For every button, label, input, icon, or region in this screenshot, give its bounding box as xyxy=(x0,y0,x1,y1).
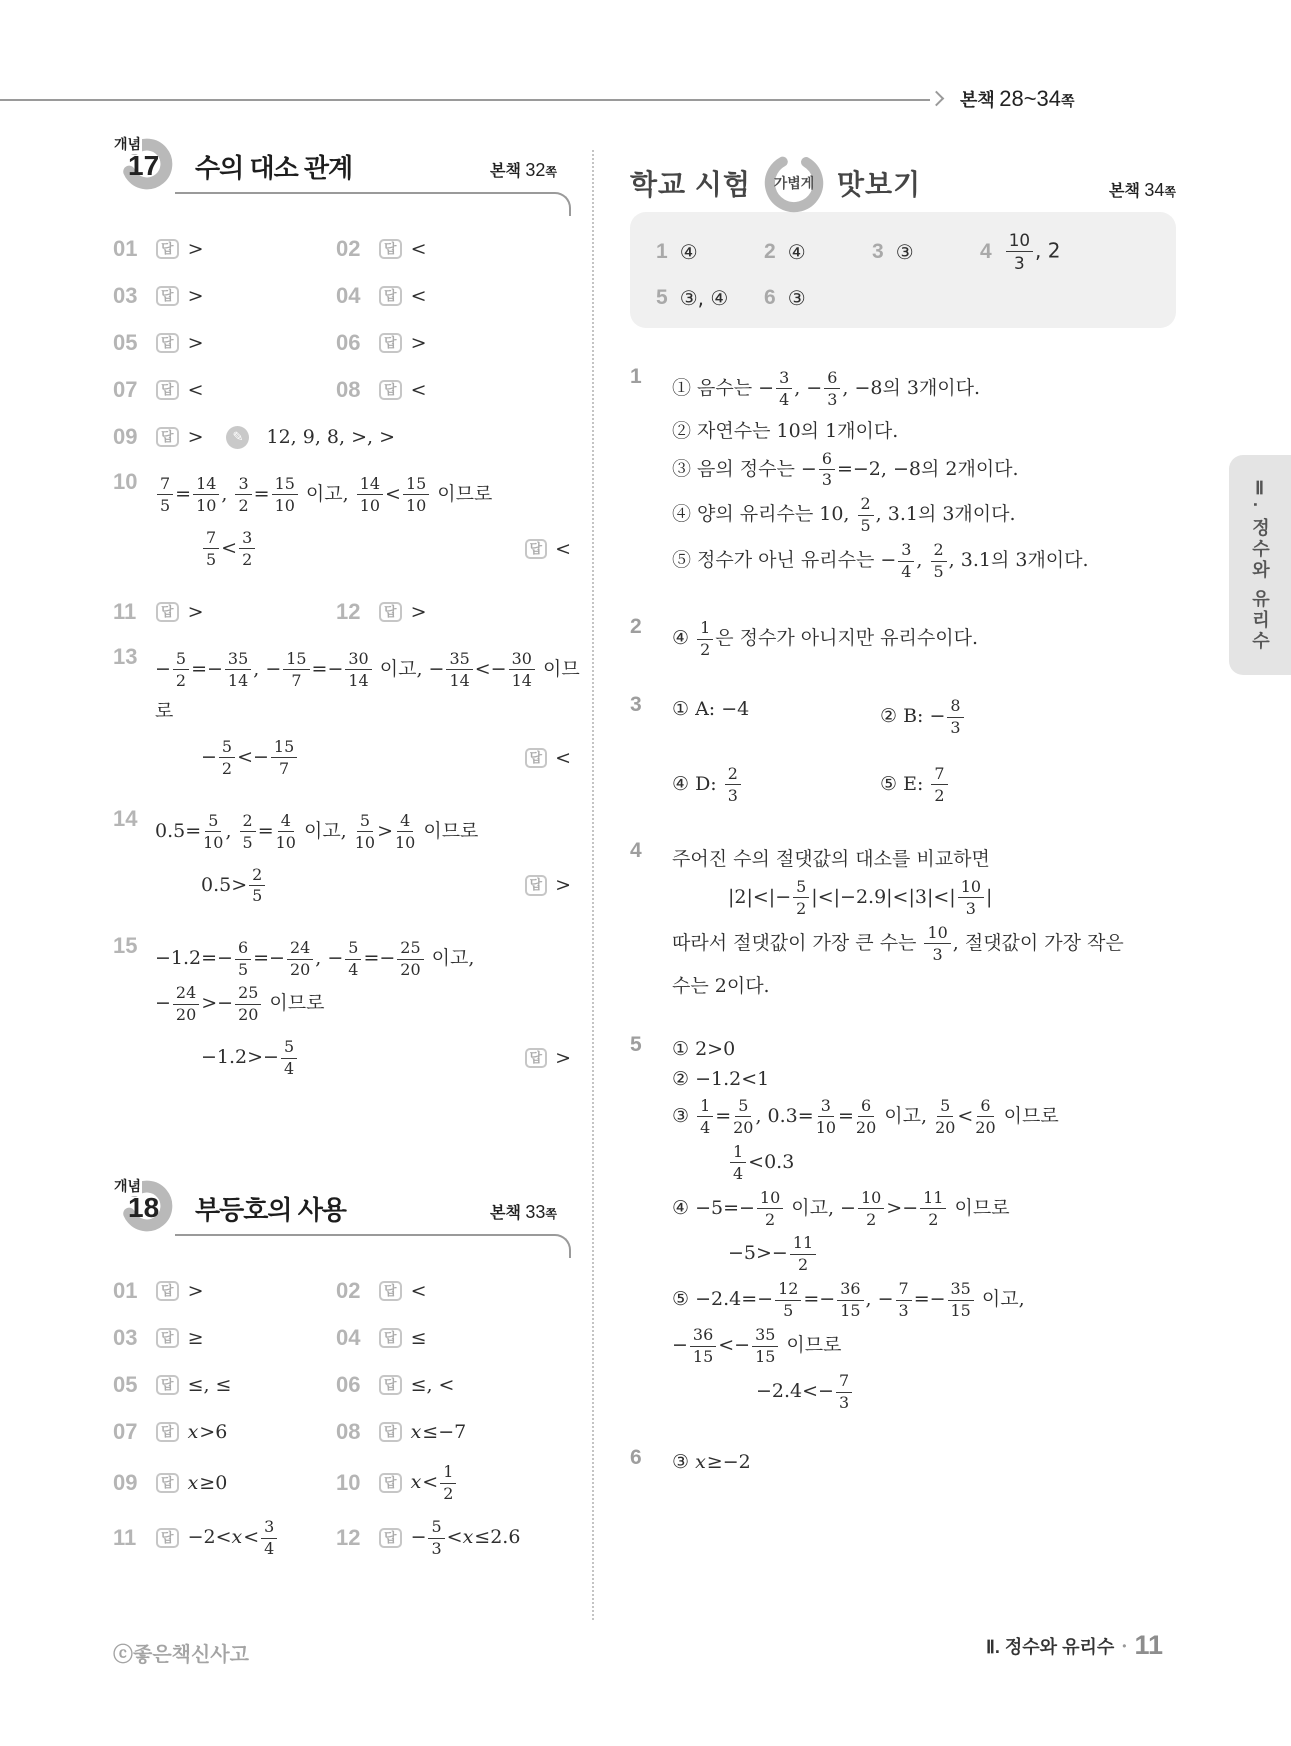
answer-badge: 답 xyxy=(379,602,402,622)
solution-q2: 2 ④ 12은 정수가 아니지만 유리수이다. xyxy=(630,612,1088,666)
ref-number: 32 xyxy=(525,160,545,180)
exam-title-part2: 맛보기 xyxy=(837,163,921,203)
solution-line: |2|<|−52|<|−2.9|<|3|<|103| xyxy=(672,879,1088,917)
summary-answer: ③ xyxy=(896,240,914,264)
solution-line: ② −1.2<1 xyxy=(672,1068,1088,1090)
item-number: 08 xyxy=(336,1419,370,1445)
answer-value: > xyxy=(188,238,204,260)
solution-line: −1.2=−65=−2420, −54=−2520 이고, xyxy=(155,940,571,978)
answer-value: < xyxy=(188,379,204,401)
ref-number: 34 xyxy=(1144,180,1164,200)
footer-chapter: Ⅱ. 정수와 유리수 xyxy=(986,1633,1114,1659)
answer-value: < xyxy=(411,285,427,307)
answer-value: > xyxy=(188,426,204,448)
item-number: 10 xyxy=(113,469,147,577)
item-number: 09 xyxy=(113,1470,147,1496)
ref-unit: 쪽 xyxy=(1061,93,1075,109)
solution-cell: ① A: −4 xyxy=(672,698,880,736)
solution-line: 로 xyxy=(155,696,571,723)
solution-line: ④ 12은 정수가 아니지만 유리수이다. xyxy=(672,620,1088,658)
answer-value: < xyxy=(411,379,427,401)
item-number: 04 xyxy=(336,283,370,309)
answer-badge: 답 xyxy=(156,239,179,259)
item-number: 13 xyxy=(113,644,147,786)
answer-badge: 답 xyxy=(156,1422,179,1442)
answer-badge: 답 xyxy=(156,286,179,306)
answer-badge: 답 xyxy=(525,1048,548,1068)
summary-number: 4 xyxy=(980,240,992,264)
page-number: 11 xyxy=(1134,1630,1163,1661)
section-18-answers: 01답> 02답< 03답≥ 04답≤ 05답≤, ≤ 06답≤, < 07답x… xyxy=(113,1276,571,1557)
chapter-tab-label: Ⅱ. 정수와 유리수 xyxy=(1247,478,1273,652)
answer-badge: 답 xyxy=(156,427,179,447)
solution-line: 주어진 수의 절댓값의 대소를 비교하면 xyxy=(672,844,1088,871)
exam-title-part1: 학교 시험 xyxy=(630,163,751,203)
item-number: 10 xyxy=(336,1470,370,1496)
footer-bullet: • xyxy=(1122,1639,1126,1653)
solution-line: ④ −5=−102 이고, −102>−112 이므로 xyxy=(672,1190,1088,1228)
solution-line: ④ 양의 유리수는 10, 25, 3.1의 3개이다. xyxy=(672,496,1088,534)
concept-badge: 개념 18 xyxy=(113,1174,181,1242)
answer-value: > xyxy=(411,601,427,623)
badge-number: 17 xyxy=(128,150,159,182)
answer-row: 01답> 02답< xyxy=(113,1276,571,1306)
answer-badge: 답 xyxy=(379,1328,402,1348)
answer-value: x<12 xyxy=(411,1464,459,1502)
solution-line: ③ x≥−2 xyxy=(672,1451,1088,1473)
ref-unit: 쪽 xyxy=(1164,185,1176,199)
solution-line: ① 2>0 xyxy=(672,1038,1088,1060)
solution-cell: ⑤ E: 72 xyxy=(880,766,1088,804)
result-row: −1.2>−54 답 > xyxy=(155,1032,571,1084)
item-number: 12 xyxy=(336,1525,370,1551)
solution-line: ① 음수는 −34, −63, −8의 3개이다. xyxy=(672,370,1088,408)
solution-line: −5>−112 xyxy=(672,1235,1088,1273)
item-number: 08 xyxy=(336,377,370,403)
question-number: 2 xyxy=(630,612,658,666)
question-number: 5 xyxy=(630,1030,658,1419)
ref-unit: 쪽 xyxy=(545,165,557,179)
solution-line: 따라서 절댓값이 가장 큰 수는 103, 절댓값이 가장 작은 xyxy=(672,925,1088,963)
exam-page-ref: 본책 34쪽 xyxy=(1109,178,1176,201)
swirl-label: 가볍게 xyxy=(774,173,815,193)
answer-value: x≥0 xyxy=(188,1472,228,1494)
item-number: 15 xyxy=(113,933,147,1086)
answer-row: 09답x≥0 10답x<12 xyxy=(113,1464,571,1502)
answer-value: > xyxy=(188,1280,204,1302)
result-row: −52<−157 답 < xyxy=(155,732,571,784)
swirl-badge: 가볍게 xyxy=(761,150,827,216)
ref-label: 본책 xyxy=(1109,183,1140,200)
ref-label: 본책 xyxy=(960,90,995,110)
section-page-ref: 본책 32쪽 xyxy=(490,158,557,181)
answer-row: 05답> 06답> xyxy=(113,328,571,358)
worked-solution-15: 15 −1.2=−65=−2420, −54=−2520 이고, −2420>−… xyxy=(113,933,571,1086)
publisher-copyright: ⓒ좋은책신사고 xyxy=(113,1638,249,1667)
item-number: 01 xyxy=(113,1278,147,1304)
answer-badge: 답 xyxy=(379,1375,402,1395)
answer-badge: 답 xyxy=(379,1528,402,1548)
answer-badge: 답 xyxy=(379,1422,402,1442)
item-number: 03 xyxy=(113,283,147,309)
answer-value: −2<x<34 xyxy=(188,1519,280,1557)
section-title: 부등호의 사용 xyxy=(195,1190,346,1227)
solution-line: ⑤ −2.4=−125=−3615, −73=−3515 이고, xyxy=(672,1281,1088,1319)
summary-number: 6 xyxy=(764,286,776,310)
item-number: 05 xyxy=(113,330,147,356)
solution-q5: 5 ① 2>0 ② −1.2<1 ③ 14=520, 0.3=310=620 이… xyxy=(630,1030,1088,1419)
answer-value: −53<x≤2.6 xyxy=(411,1519,521,1557)
summary-answer: ③, ④ xyxy=(680,286,729,310)
item-number: 03 xyxy=(113,1325,147,1351)
answer-value: > xyxy=(188,285,204,307)
section-title: 수의 대소 관계 xyxy=(195,148,352,185)
solution-line: ③ 14=520, 0.3=310=620 이고, 520<620 이므로 xyxy=(672,1098,1088,1136)
answer-value: < xyxy=(411,238,427,260)
answer-value: > xyxy=(555,1047,571,1069)
answer-value: < xyxy=(555,747,571,769)
worked-solution-10: 10 75=1410, 32=1510 이고, 1410<1510 이므로 75… xyxy=(113,469,571,577)
result-row: 75<32 답 < xyxy=(155,523,571,575)
answer-badge: 답 xyxy=(379,1473,402,1493)
answer-value: > xyxy=(188,332,204,354)
solution-cell: ② B: −83 xyxy=(880,698,1088,736)
solution-line: ② 자연수는 10의 1개이다. xyxy=(672,416,1088,443)
section-underline xyxy=(175,1234,571,1258)
exam-header: 학교 시험 가볍게 맛보기 본책 34쪽 xyxy=(630,140,1088,212)
ref-label: 본책 xyxy=(490,163,521,180)
answer-badge: 답 xyxy=(379,380,402,400)
solution-line: −52=−3514, −157=−3014 이고, −3514<−3014 이므 xyxy=(155,651,571,689)
answer-badge: 답 xyxy=(379,239,402,259)
chapter-side-tab: Ⅱ. 정수와 유리수 xyxy=(1229,455,1291,675)
worked-solution-14: 14 0.5=510, 25=410 이고, 510>410 이므로 0.5>2… xyxy=(113,806,571,914)
answer-row: 03답≥ 04답≤ xyxy=(113,1323,571,1353)
answer-summary-box: 1④ 2④ 3③ 4103, 2 5③, ④ 6③ xyxy=(630,212,1176,328)
item-number: 04 xyxy=(336,1325,370,1351)
ref-label: 본책 xyxy=(490,1205,521,1222)
pencil-icon: ✎ xyxy=(226,426,249,449)
section-page-ref: 본책 33쪽 xyxy=(490,1200,557,1223)
solution-line: 14<0.3 xyxy=(672,1144,1088,1182)
worked-solution-13: 13 −52=−3514, −157=−3014 이고, −3514<−3014… xyxy=(113,644,571,786)
page-range-ref: 본책 28~34쪽 xyxy=(960,86,1075,112)
solution-note: 12, 9, 8, >, > xyxy=(266,426,395,448)
item-number: 06 xyxy=(336,1372,370,1398)
answer-badge: 답 xyxy=(156,602,179,622)
answer-row: 03답> 04답< xyxy=(113,281,571,311)
ref-unit: 쪽 xyxy=(545,1207,557,1221)
answer-value: ≤, ≤ xyxy=(188,1374,232,1396)
result-expression: −52<−157 xyxy=(155,739,299,777)
summary-answer: ④ xyxy=(788,240,806,264)
answer-badge: 답 xyxy=(525,875,548,895)
summary-answer: ④ xyxy=(680,240,698,264)
answer-row: 07답x>6 08답x≤−7 xyxy=(113,1417,571,1447)
badge-number: 18 xyxy=(128,1192,159,1224)
answer-value: ≤ xyxy=(411,1327,427,1349)
page-footer: Ⅱ. 정수와 유리수 • 11 xyxy=(986,1630,1163,1661)
solution-line: −2.4<−73 xyxy=(672,1373,1088,1411)
exam-title: 학교 시험 가볍게 맛보기 xyxy=(630,150,921,216)
question-number: 3 xyxy=(630,690,658,812)
section-17-header: 개념 17 수의 대소 관계 본책 32쪽 xyxy=(113,132,571,216)
result-row: 0.5>25 답 > xyxy=(155,860,571,912)
answer-value: x>6 xyxy=(188,1421,228,1443)
solution-line: ⑤ 정수가 아닌 유리수는 −34, 25, 3.1의 3개이다. xyxy=(672,542,1088,580)
solution-line: 수는 2이다. xyxy=(672,971,1088,998)
answer-value: > xyxy=(555,874,571,896)
item-number: 09 xyxy=(113,424,147,450)
answer-badge: 답 xyxy=(156,1328,179,1348)
result-expression: −1.2>−54 xyxy=(155,1039,299,1077)
item-number: 07 xyxy=(113,377,147,403)
item-number: 12 xyxy=(336,599,370,625)
summary-number: 5 xyxy=(656,286,668,310)
answer-value: > xyxy=(188,601,204,623)
ref-range: 28~34 xyxy=(999,86,1061,111)
answer-row: 07답< 08답< xyxy=(113,375,571,405)
left-column: 개념 17 수의 대소 관계 본책 32쪽 01답> 02답< 03답> 04답… xyxy=(113,132,571,1574)
item-number: 02 xyxy=(336,1278,370,1304)
solution-line: 0.5=510, 25=410 이고, 510>410 이므로 xyxy=(155,813,571,851)
result-expression: 75<32 xyxy=(155,530,257,568)
answer-badge: 답 xyxy=(156,1281,179,1301)
answer-value: ≥ xyxy=(188,1327,204,1349)
answer-badge: 답 xyxy=(379,333,402,353)
answer-badge: 답 xyxy=(379,1281,402,1301)
summary-answer: 103, 2 xyxy=(1004,232,1061,272)
section-17-answers: 01답> 02답< 03답> 04답< 05답> 06답> 07답< 08답< … xyxy=(113,234,571,1086)
solution-cell: ④ D: 23 xyxy=(672,766,880,804)
answer-value: < xyxy=(555,538,571,560)
question-number: 6 xyxy=(630,1443,658,1481)
answer-row: 11답−2<x<34 12답−53<x≤2.6 xyxy=(113,1519,571,1557)
section-underline xyxy=(175,192,571,216)
item-number: 01 xyxy=(113,236,147,262)
solution-q4: 4 주어진 수의 절댓값의 대소를 비교하면 |2|<|−52|<|−2.9|<… xyxy=(630,836,1088,1006)
solution-line: −2420>−2520 이므로 xyxy=(155,985,571,1023)
book-page: 본책 28~34쪽 Ⅱ. 정수와 유리수 개념 17 수의 대소 관계 본책 3… xyxy=(0,0,1291,1746)
answer-row-09: 09 답 > ✎ 12, 9, 8, >, > xyxy=(113,422,571,452)
answer-badge: 답 xyxy=(525,748,548,768)
summary-answer: ③ xyxy=(788,286,806,310)
section-18-header: 개념 18 부등호의 사용 본책 33쪽 xyxy=(113,1174,571,1258)
answer-row: 05답≤, ≤ 06답≤, < xyxy=(113,1370,571,1400)
item-number: 06 xyxy=(336,330,370,356)
ref-number: 33 xyxy=(525,1202,545,1222)
answer-row: 01답> 02답< xyxy=(113,234,571,264)
summary-number: 2 xyxy=(764,240,776,264)
answer-badge: 답 xyxy=(525,539,548,559)
solution-q1: 1 ① 음수는 −34, −63, −8의 3개이다. ② 자연수는 10의 1… xyxy=(630,362,1088,589)
answer-value: ≤, < xyxy=(411,1374,455,1396)
item-number: 11 xyxy=(113,1525,147,1551)
answer-value: > xyxy=(411,332,427,354)
question-number: 4 xyxy=(630,836,658,1006)
arrow-icon xyxy=(929,91,945,107)
solution-q3: 3 ① A: −4 ② B: −83 ④ D: 23 ⑤ E: 72 xyxy=(630,690,1088,812)
solution-line: 75=1410, 32=1510 이고, 1410<1510 이므로 xyxy=(155,476,571,514)
answer-badge: 답 xyxy=(156,333,179,353)
answer-row: 11답> 12답> xyxy=(113,597,571,627)
item-number: 02 xyxy=(336,236,370,262)
answer-badge: 답 xyxy=(156,380,179,400)
answer-value: < xyxy=(411,1280,427,1302)
answer-value: x≤−7 xyxy=(411,1421,467,1443)
item-number: 14 xyxy=(113,806,147,914)
exam-solutions: 1 ① 음수는 −34, −63, −8의 3개이다. ② 자연수는 10의 1… xyxy=(630,362,1088,1482)
column-divider xyxy=(592,150,594,1620)
answer-badge: 답 xyxy=(156,1375,179,1395)
summary-row: 5③, ④ 6③ xyxy=(656,286,1150,310)
solution-q6: 6 ③ x≥−2 xyxy=(630,1443,1088,1481)
answer-badge: 답 xyxy=(379,286,402,306)
summary-number: 1 xyxy=(656,240,668,264)
item-number: 11 xyxy=(113,599,147,625)
item-number: 05 xyxy=(113,1372,147,1398)
solution-line: ③ 음의 정수는 −63=−2, −8의 2개이다. xyxy=(672,451,1088,489)
answer-badge: 답 xyxy=(156,1473,179,1493)
header-rule xyxy=(0,99,930,101)
answer-badge: 답 xyxy=(156,1528,179,1548)
result-expression: 0.5>25 xyxy=(155,867,267,905)
item-number: 07 xyxy=(113,1419,147,1445)
summary-row: 1④ 2④ 3③ 4103, 2 xyxy=(656,232,1150,272)
solution-line: −3615<−3515 이므로 xyxy=(672,1327,1088,1365)
summary-number: 3 xyxy=(872,240,884,264)
question-number: 1 xyxy=(630,362,658,589)
right-column: 학교 시험 가볍게 맛보기 본책 34쪽 1④ 2④ 3③ 4103, 2 xyxy=(630,140,1088,1505)
concept-badge: 개념 17 xyxy=(113,132,181,200)
